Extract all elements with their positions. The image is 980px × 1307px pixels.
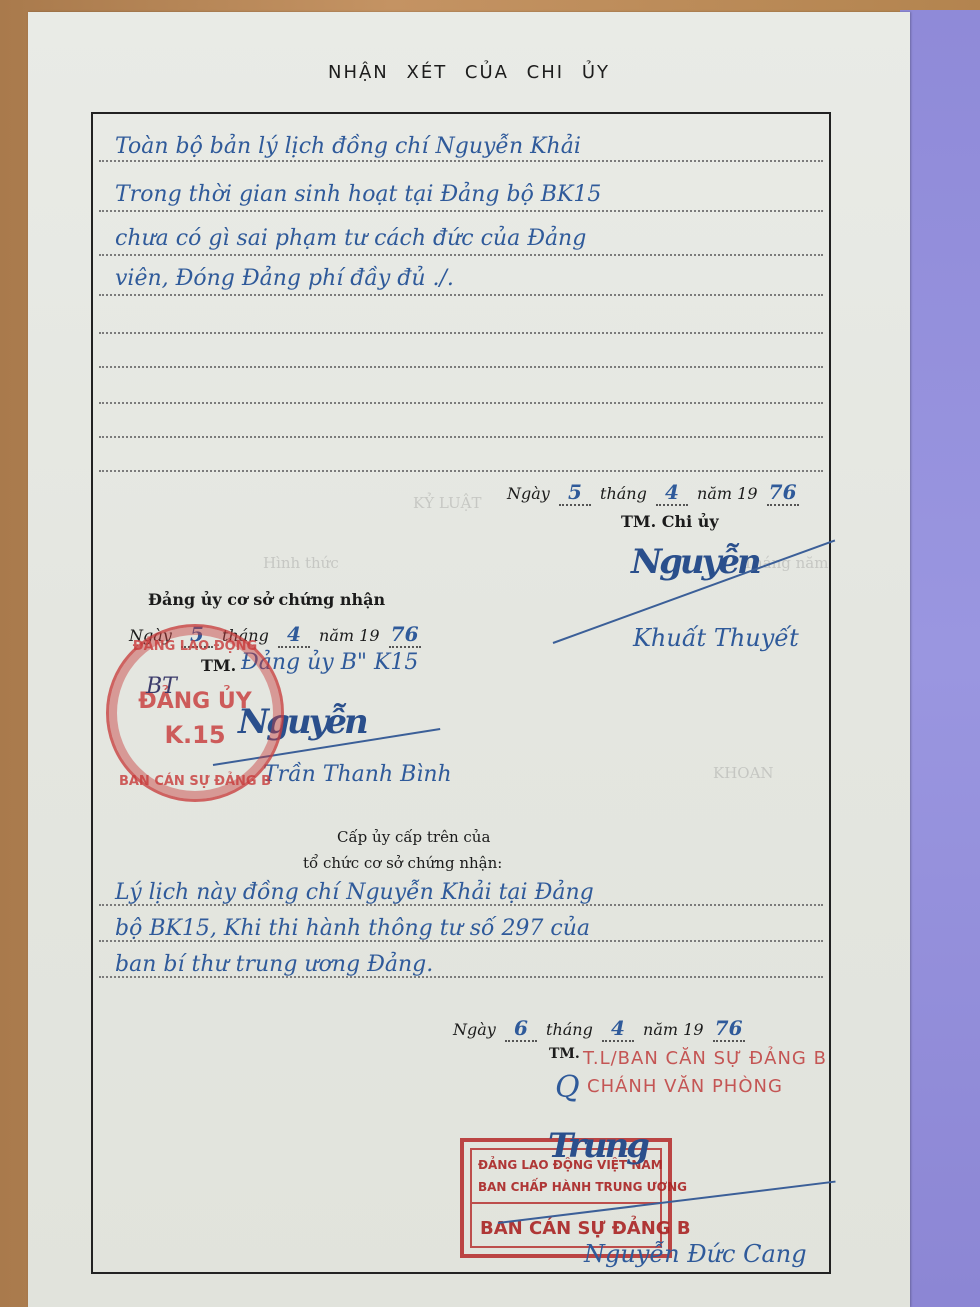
date-year-label: năm 19 <box>319 626 379 645</box>
stamp-ring-bottom: BAN CÁN SỰ ĐẢNG B <box>109 774 281 789</box>
stamp-title-line2: CHÁNH VĂN PHÒNG <box>587 1076 783 1097</box>
dotted-rule <box>99 470 823 472</box>
handwritten-comment-line: Trong thời gian sinh hoạt tại Đảng bộ BK… <box>115 182 601 207</box>
stamp-center-line1: ĐẢNG ỦY <box>109 689 281 714</box>
dotted-rule <box>99 332 823 334</box>
dotted-rule <box>99 402 823 404</box>
dotted-rule <box>99 160 823 162</box>
date-month: 4 <box>278 622 310 648</box>
handwritten-comment-line: bộ BK15, Khi thi hành thông tư số 297 củ… <box>115 916 590 941</box>
dang-uy-title: Đảng ủy cơ sở chứng nhận <box>148 590 385 609</box>
folder-cover <box>900 10 980 1307</box>
handwritten-comment-line: Lý lịch này đồng chí Nguyễn Khải tại Đản… <box>115 880 594 905</box>
bleed-through-text: KHOAN <box>713 764 774 782</box>
date-month: 4 <box>656 480 688 506</box>
cap-uy-title-line2: tổ chức cơ sở chứng nhận: <box>303 854 502 872</box>
date-prefix: Ngày <box>507 484 550 503</box>
handwritten-comment-line: viên, Đóng Đảng phí đầy đủ ./. <box>115 266 454 291</box>
chi-uy-date: Ngày 5 tháng 4 năm 19 76 <box>503 480 799 506</box>
date-year-label: năm 19 <box>697 484 757 503</box>
stamp-center-line2: K.15 <box>109 721 281 749</box>
date-month-label: tháng <box>546 1020 593 1039</box>
date-month-label: tháng <box>600 484 647 503</box>
dotted-rule <box>99 254 823 256</box>
document-page: NHẬN XÉT CỦA CHI ỦY KỶ LUẬT Hình thức Th… <box>28 12 910 1307</box>
page-title: NHẬN XÉT CỦA CHI ỦY <box>28 62 910 83</box>
dotted-rule <box>99 366 823 368</box>
handwritten-q: Q <box>555 1070 580 1105</box>
date-day: 5 <box>559 480 591 506</box>
cap-uy-signer-name: Nguyễn Đức Cang <box>584 1240 807 1268</box>
stamp-line2: BAN CHẤP HÀNH TRUNG ƯƠNG <box>478 1180 687 1194</box>
date-year: 76 <box>713 1016 745 1042</box>
dotted-rule <box>99 294 823 296</box>
stamp-title-line1: T.L/BAN CĂN SỰ ĐẢNG B <box>583 1048 827 1069</box>
dotted-rule <box>99 436 823 438</box>
bleed-through-text: Hình thức <box>263 554 339 572</box>
cap-uy-tm-label: TM. <box>549 1046 580 1062</box>
date-day: 6 <box>505 1016 537 1042</box>
date-year-label: năm 19 <box>643 1020 703 1039</box>
bleed-through-text: KỶ LUẬT <box>413 494 482 512</box>
chi-uy-signer-name: Khuất Thuyết <box>633 624 799 652</box>
dotted-rule <box>99 210 823 212</box>
chi-uy-signer-title: TM. Chi ủy <box>621 512 719 531</box>
round-party-stamp: ĐẢNG LAO ĐỘNG ĐẢNG ỦY K.15 BAN CÁN SỰ ĐẢ… <box>106 624 284 802</box>
handwritten-comment-line: ban bí thư trung ương Đảng. <box>115 952 433 977</box>
stamp-divider <box>472 1202 660 1204</box>
stamp-ring-top: ĐẢNG LAO ĐỘNG <box>109 639 281 654</box>
dang-uy-signer-name: Trần Thanh Bình <box>263 762 452 787</box>
handwritten-comment-line: Toàn bộ bản lý lịch đồng chí Nguyễn Khải <box>115 134 581 159</box>
date-year: 76 <box>767 480 799 506</box>
date-month: 4 <box>602 1016 634 1042</box>
date-year: 76 <box>389 622 421 648</box>
date-prefix: Ngày <box>453 1020 496 1039</box>
cap-uy-signature: Trung <box>548 1126 647 1166</box>
cap-uy-title-line1: Cấp ủy cấp trên của <box>337 828 490 846</box>
cap-uy-date: Ngày 6 tháng 4 năm 19 76 <box>449 1016 745 1042</box>
handwritten-comment-line: chưa có gì sai phạm tư cách đức của Đảng <box>115 226 586 251</box>
stamp-annotation: BT <box>146 674 177 699</box>
